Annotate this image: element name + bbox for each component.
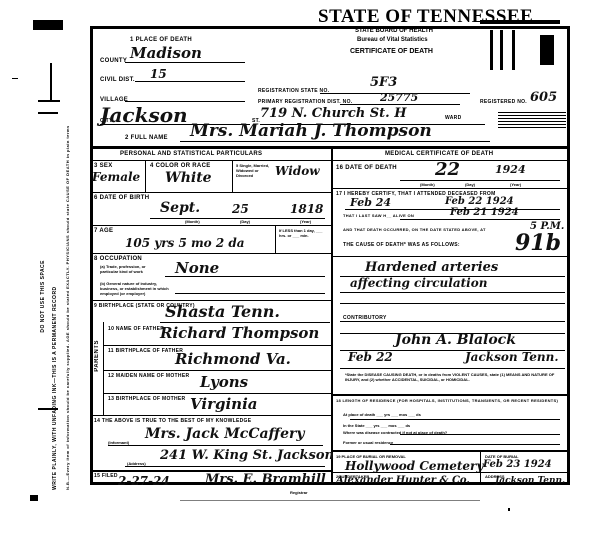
cell-divider — [275, 225, 276, 253]
informant-value: Mrs. Jack McCaffery — [145, 426, 305, 442]
subtitle-bureau: Bureau of Vital Statistics — [357, 37, 428, 43]
rule — [331, 472, 570, 473]
cell-divider — [145, 160, 146, 192]
rule — [165, 276, 325, 277]
marital-value: Widow — [275, 164, 320, 178]
attended-to: Feb 22 1924 — [445, 196, 514, 207]
rule — [340, 292, 565, 293]
rule — [90, 300, 331, 301]
rule — [331, 394, 570, 396]
signed-date: Feb 22 — [348, 350, 393, 364]
birth-sub-day: (Day) — [240, 219, 250, 224]
birth-year: 1818 — [290, 202, 323, 216]
birthplace-value: Shasta Tenn. — [165, 302, 280, 321]
marital-label: 5 Single, Married, Widowed or Divorced — [236, 163, 276, 178]
primary-registration-no: 25775 — [380, 91, 418, 104]
rule — [400, 219, 560, 220]
side-margin-text-3: DO NOT USE THIS SPACE — [40, 260, 46, 333]
medical-certificate-header: MEDICAL CERTIFICATE OF DEATH — [385, 151, 493, 157]
mother-birthplace-value: Virginia — [190, 395, 258, 413]
cause-line-1: Hardened arteries — [365, 260, 498, 275]
rule — [90, 225, 331, 226]
signed-address: Jackson Tenn. — [465, 350, 559, 364]
street-value: 719 N. Church St. H — [260, 106, 407, 121]
death-sub-day: (Day) — [465, 182, 475, 187]
county-label: County — [100, 58, 127, 64]
rule — [125, 101, 245, 102]
rule — [125, 62, 245, 63]
father-name-value: Richard Thompson — [160, 324, 319, 342]
birth-date-label: 6 DATE OF BIRTH — [94, 195, 149, 201]
cause-line-2: affecting circulation — [350, 276, 487, 290]
rule — [340, 321, 565, 322]
rule — [340, 368, 565, 369]
last-saw-label: that I last saw h__ alive on — [343, 213, 414, 218]
rule — [340, 104, 460, 105]
rule — [90, 192, 331, 193]
place-of-death-label: 1 PLACE OF DEATH — [130, 37, 192, 43]
county-value: Madison — [130, 44, 202, 62]
rule — [125, 466, 325, 467]
mother-birthplace-label: 13 BIRTHPLACE OF MOTHER — [108, 396, 185, 402]
header-stamp — [512, 30, 515, 70]
death-year: 1924 — [495, 163, 526, 176]
registrar-label: Registrar — [290, 490, 308, 495]
side-margin-text-1: WRITE PLAINLY, WITH UNFADING INK—THIS IS… — [52, 110, 58, 490]
personal-particulars-header: PERSONAL AND STATISTICAL PARTICULARS — [120, 151, 262, 157]
sex-value: Female — [92, 170, 140, 184]
subtitle-board: STATE BOARD OF HEALTH — [355, 28, 433, 34]
registration-state-no: 5F3 — [370, 75, 397, 90]
birth-day: 25 — [232, 202, 249, 216]
margin-mark — [38, 112, 58, 114]
margin-rule — [50, 63, 52, 101]
rule — [90, 415, 331, 416]
column-divider — [331, 146, 333, 483]
date-of-death-label: 16 DATE OF DEATH — [336, 165, 397, 171]
margin-mark — [38, 408, 58, 410]
mother-maiden-label: 12 MAIDEN NAME OF MOTHER — [108, 373, 189, 379]
cell-divider — [103, 322, 104, 415]
rule — [103, 393, 331, 394]
father-name-label: 10 NAME OF FATHER — [108, 326, 164, 332]
rule — [135, 81, 245, 82]
rule — [90, 253, 331, 254]
rule — [350, 419, 560, 420]
ward-label: Ward — [445, 115, 461, 121]
burial-place: Hollywood Cemetery — [345, 459, 483, 473]
full-name-value: Mrs. Mariah J. Thompson — [190, 121, 432, 141]
margin-mark — [30, 495, 38, 501]
cause-code: 91b — [515, 230, 561, 256]
burial-date: Feb 23 1924 — [483, 459, 552, 470]
rule — [160, 322, 330, 323]
residence-at-place: At place of death ___ yrs ___ mos ___ ds — [343, 412, 421, 417]
registration-state-no-label: Registration State No. — [258, 88, 329, 94]
father-birthplace-label: 11 BIRTHPLACE OF FATHER — [108, 348, 183, 354]
occupation-industry-label: (b) General nature of industry, business… — [100, 281, 170, 296]
occupation-value: None — [175, 259, 219, 277]
death-day: 22 — [435, 159, 460, 180]
margin-mark — [38, 100, 60, 102]
registered-no: 605 — [530, 90, 557, 105]
rule — [180, 141, 490, 142]
side-margin-text-2: N.B.—Every item of information should be… — [65, 50, 70, 490]
registered-no-label: Registered No. — [480, 99, 527, 105]
speck — [508, 508, 510, 511]
filed-date: 2-27-24 — [118, 474, 170, 488]
mother-maiden-value: Lyons — [200, 373, 248, 391]
rule — [108, 445, 323, 446]
death-occurred-label: and that death occurred, on the date sta… — [343, 227, 486, 232]
rule — [175, 293, 325, 294]
usual-residence-label: Former or usual residence — [343, 440, 393, 445]
residence-state: In the State ___ yrs ___ mos ___ ds — [343, 423, 410, 428]
rule — [331, 256, 570, 257]
last-saw-value: Feb 21 1924 — [450, 207, 519, 218]
civil-dist-label: Civil Dist. — [100, 77, 135, 83]
birth-sub-month: (Month) — [185, 219, 200, 224]
attended-from: Feb 24 — [350, 196, 391, 209]
physician-signature: John A. Blalock — [395, 332, 516, 348]
rule — [390, 444, 560, 445]
cause-footnote: *State the DISEASE CAUSING DEATH, or in … — [345, 372, 565, 382]
parents-label: PARENTS — [94, 340, 100, 372]
filed-label: 15 Filed — [94, 473, 118, 479]
header-stamp — [490, 30, 493, 70]
rule — [103, 370, 331, 371]
cell-divider — [480, 452, 481, 483]
header-stamp — [540, 35, 554, 65]
speck — [180, 500, 480, 501]
color-label: 4 COLOR OR RACE — [150, 163, 211, 169]
informant-address-value: 241 W. King St. Jackson — [160, 448, 334, 463]
header-stamp — [500, 30, 503, 70]
undertaker-address: Jackson Tenn. — [495, 476, 565, 486]
less-than-label: If LESS than 1 day, ___ hrs. or ___ min. — [279, 228, 329, 238]
age-value: 105 yrs 5 mo 2 da — [125, 236, 245, 250]
full-name-label: 2 FULL NAME — [125, 135, 168, 141]
section-divider — [90, 146, 570, 149]
rule — [150, 218, 325, 219]
rule — [103, 345, 331, 346]
margin-mark — [33, 20, 63, 30]
primary-registration-label: Primary Registration Dist. No. — [258, 99, 352, 105]
informant-label: 14 THE ABOVE IS TRUE TO THE BEST OF MY K… — [94, 418, 251, 424]
age-label: 7 AGE — [94, 228, 113, 234]
undertaker-name: Alexander Hunter & Co. — [336, 475, 470, 486]
death-sub-month: (Month) — [420, 182, 435, 187]
birth-month: Sept. — [160, 200, 200, 216]
occupation-trade-label: (a) Trade, profession, or particular kin… — [100, 264, 160, 274]
cell-divider — [232, 160, 233, 192]
father-birthplace-value: Richmond Va. — [175, 350, 291, 368]
header-instruction — [498, 112, 566, 128]
header-stamp — [480, 20, 560, 24]
rule — [331, 188, 570, 189]
death-sub-year: (Year) — [510, 182, 521, 187]
civil-dist-value: 15 — [150, 67, 167, 81]
margin-mark — [12, 78, 18, 79]
certificate-title: CERTIFICATE OF DEATH — [350, 48, 433, 55]
sex-label: 3 SEX — [94, 163, 113, 169]
rule — [331, 450, 570, 452]
birth-sub-year: (Year) — [300, 219, 311, 224]
color-value: White — [165, 170, 212, 186]
rule — [90, 160, 331, 161]
residence-label: 18 LENGTH OF RESIDENCE (For Hospitals, I… — [336, 398, 558, 403]
rule — [400, 434, 560, 435]
state-title: STATE OF TENNESSEE — [318, 6, 533, 28]
rule — [340, 303, 565, 304]
rule — [400, 180, 560, 181]
registrar-signature: Mrs. E. Bramhill — [205, 472, 326, 487]
cause-label: The CAUSE OF DEATH* was as follows: — [343, 242, 460, 248]
occupation-label: 8 OCCUPATION — [94, 256, 142, 262]
